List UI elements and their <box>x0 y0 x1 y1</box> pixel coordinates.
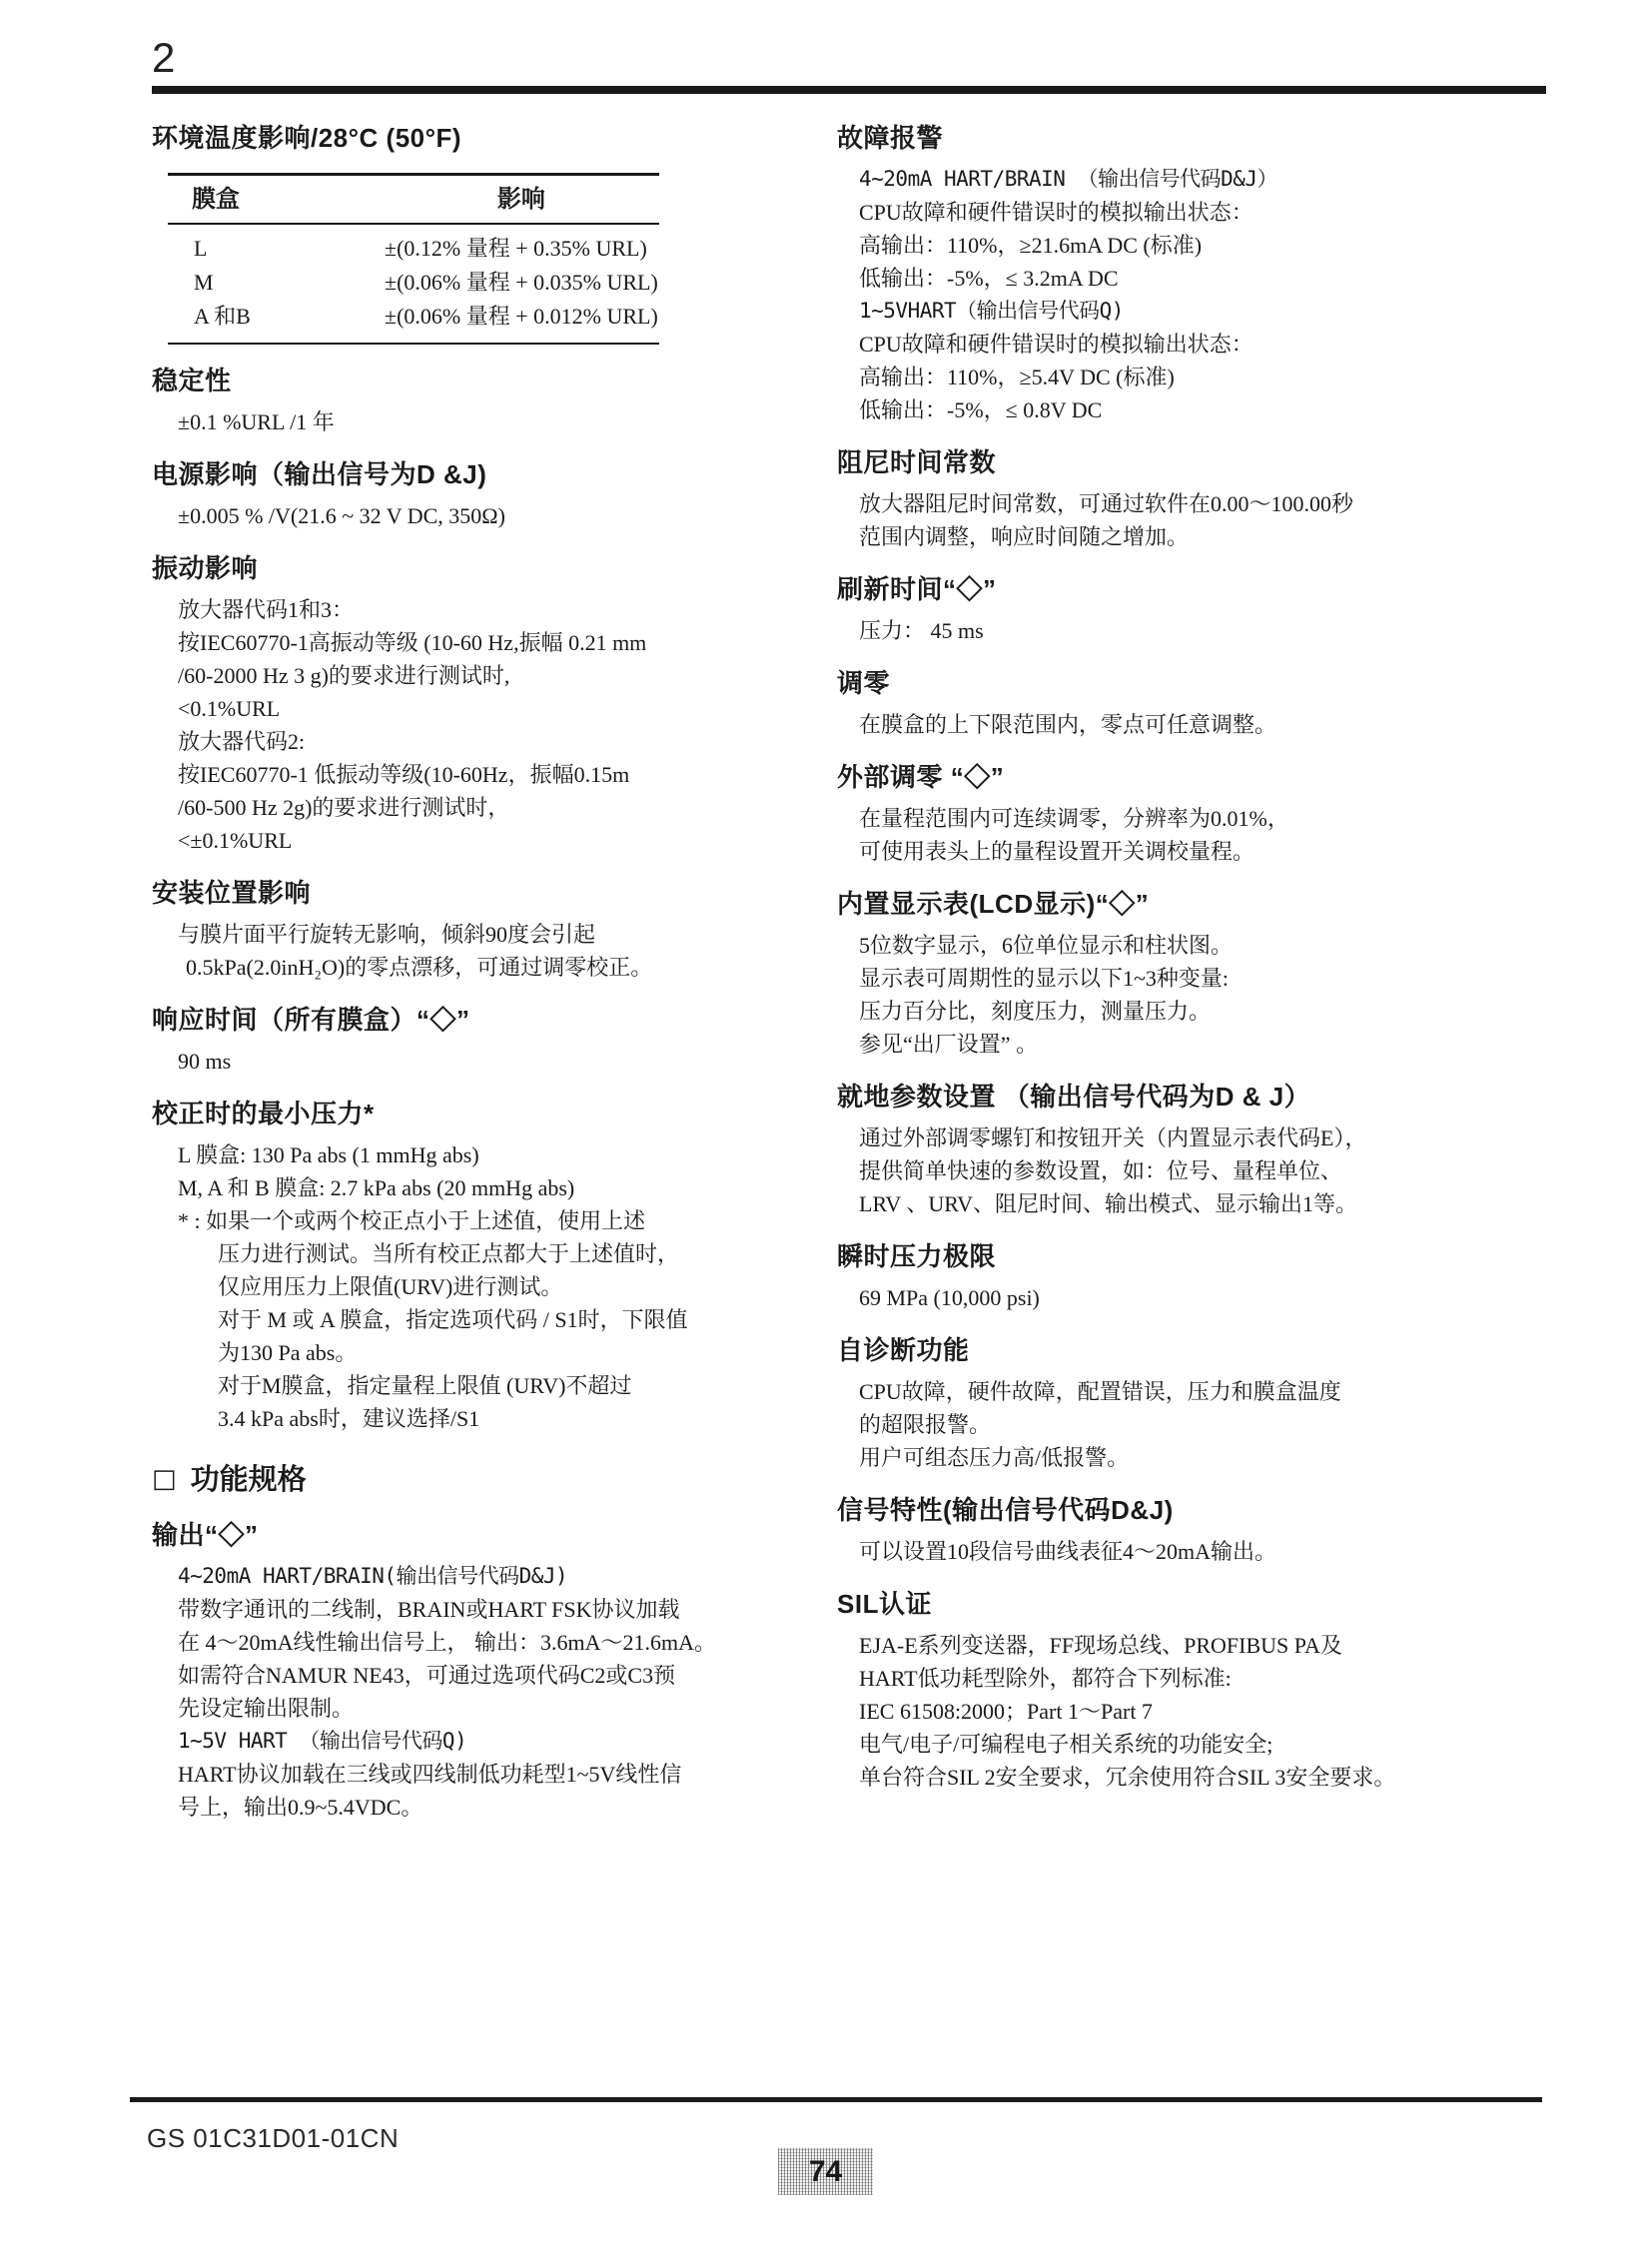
body-line: 对于 M 或 A 膜盒，指定选项代码 / S1时，下限值 <box>152 1303 751 1336</box>
body-line: 与膜片面平行旋转无影响，倾斜90度会引起 <box>152 918 751 951</box>
header-rule <box>152 86 1546 94</box>
spec-section: 调零在膜盒的上下限范围内，零点可任意调整。 <box>837 667 1576 741</box>
table-cell: M <box>168 266 384 300</box>
section-heading: 阻尼时间常数 <box>837 446 1576 479</box>
section-heading: 电源影响（输出信号为D &J) <box>152 458 751 491</box>
body-line: 显示表可周期性的显示以下1~3种变量: <box>837 962 1576 995</box>
document-page: 2 环境温度影响/28°C (50°F)膜盒影响L±(0.12% 量程 + 0.… <box>0 0 1652 2242</box>
spec-table: 膜盒影响L±(0.12% 量程 + 0.35% URL)M±(0.06% 量程 … <box>168 173 659 345</box>
body-line: HART协议加载在三线或四线制低功耗型1~5V线性信 <box>152 1758 751 1791</box>
table-cell: ±(0.06% 量程 + 0.035% URL) <box>384 266 659 300</box>
body-line: 先设定输出限制。 <box>152 1692 751 1725</box>
body-line: 电气/电子/可编程电子相关系统的功能安全; <box>837 1728 1576 1761</box>
section-heading-text: 内置显示表(LCD显示)“◇” <box>837 889 1149 919</box>
section-heading: 环境温度影响/28°C (50°F) <box>152 122 751 155</box>
section-heading-text: 校正时的最小压力* <box>152 1099 375 1128</box>
spec-section: 信号特性(输出信号代码D&J)可以设置10段信号曲线表征4～20mA输出。 <box>837 1494 1576 1568</box>
section-heading-text: 电源影响（输出信号为D &J) <box>152 459 486 489</box>
table-row: M±(0.06% 量程 + 0.035% URL) <box>168 266 659 300</box>
body-line: 在膜盒的上下限范围内，零点可任意调整。 <box>837 708 1576 741</box>
spec-section: 内置显示表(LCD显示)“◇”5位数字显示，6位单位显示和柱状图。显示表可周期性… <box>837 888 1576 1061</box>
body-line: 压力百分比，刻度压力，测量压力。 <box>837 995 1576 1028</box>
table-cell: A 和B <box>168 300 384 344</box>
spec-table-head: 膜盒影响 <box>168 175 659 225</box>
body-line: 如需符合NAMUR NE43，可通过选项代码C2或C3预 <box>152 1659 751 1692</box>
body-line: 1~5V HART （输出信号代码Q) <box>152 1725 751 1758</box>
section-heading: 调零 <box>837 667 1576 700</box>
body-line: 参见“出厂设置” 。 <box>837 1028 1576 1061</box>
body-line: 用户可组态压力高/低报警。 <box>837 1441 1576 1474</box>
section-heading: 响应时间（所有膜盒）“◇” <box>152 1004 751 1037</box>
body-line: L 膜盒: 130 Pa abs (1 mmHg abs) <box>152 1138 751 1171</box>
body-line: 单台符合SIL 2安全要求，冗余使用符合SIL 3安全要求。 <box>837 1761 1576 1794</box>
section-heading: 振动影响 <box>152 552 751 585</box>
section-heading: 刷新时间“◇” <box>837 573 1576 606</box>
section-heading-text: 自诊断功能 <box>837 1335 970 1365</box>
body-line: EJA-E系列变送器，FF现场总线、PROFIBUS PA及 <box>837 1629 1576 1662</box>
body-line: CPU故障，硬件故障，配置错误，压力和膜盒温度 <box>837 1375 1576 1408</box>
square-bullet-icon: □ <box>152 1466 177 1492</box>
body-line: 高输出：110%，≥21.6mA DC (标准) <box>837 229 1576 262</box>
body-line: 4~20mA HART/BRAIN(输出信号代码D&J) <box>152 1560 751 1593</box>
body-line: 带数字通讯的二线制，BRAIN或HART FSK协议加载 <box>152 1593 751 1626</box>
spec-section: 瞬时压力极限69 MPa (10,000 psi) <box>837 1240 1576 1314</box>
section-heading: 稳定性 <box>152 365 751 397</box>
table-header-cell: 膜盒 <box>168 175 384 225</box>
table-cell: ±(0.12% 量程 + 0.35% URL) <box>384 224 659 266</box>
section-heading: 自诊断功能 <box>837 1334 1576 1367</box>
section-heading-text: 安装位置影响 <box>152 878 311 908</box>
spec-section: 故障报警4~20mA HART/BRAIN （输出信号代码D&J）CPU故障和硬… <box>837 122 1576 426</box>
body-line: 高输出：110%，≥5.4V DC (标准) <box>837 361 1576 393</box>
body-line: 放大器代码1和3： <box>152 593 751 626</box>
body-line: 可以设置10段信号曲线表征4～20mA输出。 <box>837 1535 1576 1568</box>
body-line: IEC 61508:2000；Part 1～Part 7 <box>837 1695 1576 1728</box>
spec-section: 自诊断功能CPU故障，硬件故障，配置错误，压力和膜盒温度的超限报警。用户可组态压… <box>837 1334 1576 1474</box>
section-heading-text: 就地参数设置 （输出信号代码为D & J） <box>837 1082 1310 1112</box>
body-line: 提供简单快速的参数设置，如：位号、量程单位、 <box>837 1154 1576 1187</box>
body-line: ±0.005 % /V(21.6 ~ 32 V DC, 350Ω) <box>152 499 751 532</box>
body-line: 压力进行测试。当所有校正点都大于上述值时， <box>152 1237 751 1270</box>
body-line: 按IEC60770-1高振动等级 (10-60 Hz,振幅 0.21 mm <box>152 626 751 659</box>
spec-section: □功能规格 <box>152 1461 751 1499</box>
body-line: <0.1%URL <box>152 692 751 725</box>
body-line: 号上，输出0.9~5.4VDC。 <box>152 1791 751 1824</box>
body-line: CPU故障和硬件错误时的模拟输出状态： <box>837 328 1576 361</box>
footer-page-number: 74 <box>809 2157 842 2187</box>
body-line: 的超限报警。 <box>837 1408 1576 1441</box>
section-heading-text: 调零 <box>837 668 890 698</box>
footer-page-number-badge: 74 <box>778 2148 873 2195</box>
section-heading-text: 外部调零 “◇” <box>837 762 1004 792</box>
section-heading-text: 阻尼时间常数 <box>837 447 996 477</box>
spec-section: 就地参数设置 （输出信号代码为D & J）通过外部调零螺钉和按钮开关（内置显示表… <box>837 1081 1576 1220</box>
section-heading: 安装位置影响 <box>152 877 751 910</box>
body-line: 低输出：-5%，≤ 3.2mA DC <box>837 262 1576 295</box>
body-line: 3.4 kPa abs时，建议选择/S1 <box>152 1402 751 1435</box>
section-heading-text: 输出“◇” <box>152 1520 259 1550</box>
section-heading: 输出“◇” <box>152 1519 751 1552</box>
section-heading: 外部调零 “◇” <box>837 761 1576 794</box>
body-line: ±0.1 %URL /1 年 <box>152 405 751 438</box>
body-line: /60-2000 Hz 3 g)的要求进行测试时, <box>152 659 751 692</box>
body-line: 对于M膜盒，指定量程上限值 (URV)不超过 <box>152 1369 751 1402</box>
table-cell: L <box>168 224 384 266</box>
header-page-number: 2 <box>152 36 175 80</box>
left-column: 环境温度影响/28°C (50°F)膜盒影响L±(0.12% 量程 + 0.35… <box>152 122 751 1824</box>
body-line: 0.5kPa(2.0inH₂O)的零点漂移，可通过调零校正。 <box>152 951 751 984</box>
body-line: 为130 Pa abs。 <box>152 1336 751 1369</box>
section-heading: 内置显示表(LCD显示)“◇” <box>837 888 1576 921</box>
spec-section: 稳定性±0.1 %URL /1 年 <box>152 365 751 438</box>
table-row: L±(0.12% 量程 + 0.35% URL) <box>168 224 659 266</box>
section-heading: □功能规格 <box>152 1461 751 1499</box>
spec-section: SIL认证EJA-E系列变送器，FF现场总线、PROFIBUS PA及HART低… <box>837 1588 1576 1794</box>
body-line: 69 MPa (10,000 psi) <box>837 1281 1576 1314</box>
section-heading: SIL认证 <box>837 1588 1576 1621</box>
table-cell: ±(0.06% 量程 + 0.012% URL) <box>384 300 659 344</box>
body-line: LRV 、URV、阻尼时间、输出模式、显示输出1等。 <box>837 1187 1576 1220</box>
footer-rule <box>130 2097 1542 2102</box>
spec-section: 振动影响放大器代码1和3：按IEC60770-1高振动等级 (10-60 Hz,… <box>152 552 751 857</box>
body-line: 放大器代码2: <box>152 725 751 758</box>
table-header-row: 膜盒影响 <box>168 175 659 225</box>
section-heading: 信号特性(输出信号代码D&J) <box>837 1494 1576 1527</box>
spec-section: 外部调零 “◇”在量程范围内可连续调零，分辨率为0.01%，可使用表头上的量程设… <box>837 761 1576 868</box>
section-heading-text: SIL认证 <box>837 1589 932 1619</box>
body-line: 在量程范围内可连续调零，分辨率为0.01%， <box>837 802 1576 835</box>
body-line: 可使用表头上的量程设置开关调校量程。 <box>837 835 1576 868</box>
body-line: 在 4～20mA线性输出信号上， 输出：3.6mA～21.6mA。 <box>152 1626 751 1659</box>
section-heading: 故障报警 <box>837 122 1576 155</box>
body-line: 通过外部调零螺钉和按钮开关（内置显示表代码E）， <box>837 1121 1576 1154</box>
body-line: 仅应用压力上限值(URV)进行测试。 <box>152 1270 751 1303</box>
section-heading-text: 信号特性(输出信号代码D&J) <box>837 1495 1174 1525</box>
body-line: 90 ms <box>152 1045 751 1078</box>
section-heading-text: 振动影响 <box>152 553 258 583</box>
body-line: 压力： 45 ms <box>837 614 1576 647</box>
body-line: CPU故障和硬件错误时的模拟输出状态： <box>837 196 1576 229</box>
spec-section: 刷新时间“◇”压力： 45 ms <box>837 573 1576 647</box>
spec-table-body: L±(0.12% 量程 + 0.35% URL)M±(0.06% 量程 + 0.… <box>168 224 659 344</box>
spec-section: 阻尼时间常数放大器阻尼时间常数，可通过软件在0.00～100.00秒范围内调整，… <box>837 446 1576 553</box>
section-heading: 瞬时压力极限 <box>837 1240 1576 1273</box>
body-line: 低输出：-5%，≤ 0.8V DC <box>837 393 1576 426</box>
table-header-cell: 影响 <box>384 175 659 225</box>
section-heading-text: 环境温度影响/28°C (50°F) <box>152 123 461 153</box>
spec-section: 环境温度影响/28°C (50°F)膜盒影响L±(0.12% 量程 + 0.35… <box>152 122 751 345</box>
body-line: 放大器阻尼时间常数，可通过软件在0.00～100.00秒 <box>837 487 1576 520</box>
spec-section: 校正时的最小压力*L 膜盒: 130 Pa abs (1 mmHg abs)M,… <box>152 1098 751 1435</box>
body-line: 1~5VHART（输出信号代码Q) <box>837 295 1576 328</box>
section-heading-text: 瞬时压力极限 <box>837 1241 996 1271</box>
spec-section: 输出“◇”4~20mA HART/BRAIN(输出信号代码D&J)带数字通讯的二… <box>152 1519 751 1824</box>
body-line: * : 如果一个或两个校正点小于上述值，使用上述 <box>152 1204 751 1237</box>
body-line: <±0.1%URL <box>152 824 751 857</box>
section-heading: 校正时的最小压力* <box>152 1098 751 1130</box>
right-column: 故障报警4~20mA HART/BRAIN （输出信号代码D&J）CPU故障和硬… <box>837 122 1576 1794</box>
section-heading-text: 响应时间（所有膜盒）“◇” <box>152 1005 470 1035</box>
spec-section: 响应时间（所有膜盒）“◇”90 ms <box>152 1004 751 1078</box>
footer-document-number: GS 01C31D01-01CN <box>147 2123 399 2153</box>
section-heading-text: 刷新时间“◇” <box>837 574 997 604</box>
section-heading-text: 功能规格 <box>191 1461 307 1499</box>
body-line: 范围内调整，响应时间随之增加。 <box>837 520 1576 553</box>
spec-section: 安装位置影响与膜片面平行旋转无影响，倾斜90度会引起0.5kPa(2.0inH₂… <box>152 877 751 984</box>
section-heading: 就地参数设置 （输出信号代码为D & J） <box>837 1081 1576 1114</box>
body-line: HART低功耗型除外，都符合下列标准: <box>837 1662 1576 1695</box>
spec-section: 电源影响（输出信号为D &J)±0.005 % /V(21.6 ~ 32 V D… <box>152 458 751 532</box>
section-heading-text: 故障报警 <box>837 123 943 153</box>
table-row: A 和B±(0.06% 量程 + 0.012% URL) <box>168 300 659 344</box>
section-heading-text: 稳定性 <box>152 366 232 395</box>
body-line: 按IEC60770-1 低振动等级(10-60Hz，振幅0.15m <box>152 758 751 791</box>
body-line: 5位数字显示，6位单位显示和柱状图。 <box>837 929 1576 962</box>
body-line: /60-500 Hz 2g)的要求进行测试时， <box>152 791 751 824</box>
body-line: M, A 和 B 膜盒: 2.7 kPa abs (20 mmHg abs) <box>152 1171 751 1204</box>
body-line: 4~20mA HART/BRAIN （输出信号代码D&J） <box>837 163 1576 196</box>
